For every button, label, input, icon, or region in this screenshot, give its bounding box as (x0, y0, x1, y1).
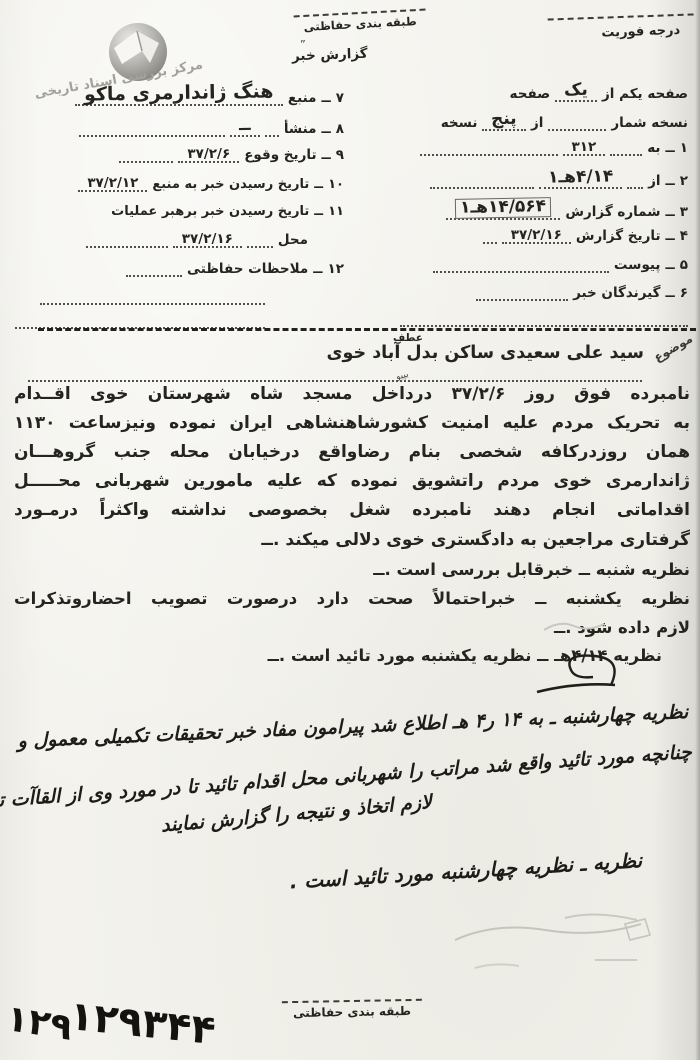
field-label: تاریخ گزارش (576, 228, 661, 244)
scan-edge-shadow (695, 0, 700, 1060)
field-label: تاریخ رسیدن خبر برهبر عملیات (111, 204, 309, 219)
field-number: ۱۲ (328, 261, 344, 277)
dotted-line (119, 148, 173, 163)
dotted-line (476, 286, 568, 301)
handwritten-note: نظریه ـ نظریه چهارشنبه مورد تائید است . (289, 848, 643, 894)
field-label: نسخه شمار (611, 115, 688, 131)
dotted-line (28, 367, 642, 382)
subject-value: سید علی سعیدی ساکن بدل آباد خوی (326, 343, 644, 363)
page-count-line: صفحه یکم از یک صفحه (510, 82, 688, 102)
field-label: صفحه (510, 86, 551, 102)
separator-dash: ــ (666, 257, 675, 273)
field-occurrence-date-value: ۳۷/۲/۶ (178, 147, 239, 163)
handwritten-note: لازم اتخاذ و نتیجه را گزارش نمایند (160, 791, 433, 837)
field-source: ۷ ــ منبع هنگ ژاندارمری ماکو (75, 84, 344, 106)
field-label: ملاحظات حفاظتی (187, 261, 308, 277)
field-occurrence-date: ۹ ــ تاریخ وقوع ۳۷/۲/۶ (119, 147, 344, 163)
field-report-number-value: ۱۴/۵۶۴هـ۱ (446, 198, 560, 220)
field-received-by-source: ۱۰ ــ تاریخ رسیدن خبر به منبع ۳۷/۲/۱۲ (78, 176, 344, 192)
body-line: گرفتاری مراجعین به دادگستری خوی دلالی می… (14, 530, 690, 550)
handwritten-value: پنج (491, 111, 517, 129)
dotted-line (79, 122, 225, 137)
dotted-line (430, 174, 534, 189)
dotted-line (433, 258, 609, 273)
separator-dash: ــ (313, 261, 322, 277)
field-number: ۵ (680, 257, 688, 273)
dotted-line (247, 233, 273, 248)
dotted-line (15, 314, 265, 329)
classification-top: طبقه بندی حفاظتی (294, 9, 427, 35)
dotted-line (265, 122, 279, 137)
dotted-line (610, 141, 642, 156)
signature-flourish (533, 652, 621, 700)
field-origin-value: ــ (230, 117, 260, 137)
dotted-line (86, 233, 168, 248)
field-received-by-ops-leader: ۱۱ ــ تاریخ رسیدن خبر برهبر عملیات (111, 204, 344, 219)
field-label: نسخه (441, 115, 478, 131)
field-label: از (648, 173, 660, 189)
pencil-scribble (540, 612, 610, 638)
separator-dash: ــ (666, 285, 675, 301)
field-number: ۷ (336, 90, 344, 106)
field-number: ۹ (336, 147, 344, 163)
field-label: از (531, 115, 543, 131)
field-security-remarks: ۱۲ ــ ملاحظات حفاظتی (126, 261, 344, 277)
field-number: ۲ (680, 173, 688, 189)
pencil-marks (445, 898, 675, 993)
opinion-sunday: نظریه یکشنبه ــ خبراحتمالاً صحت دارد درص… (14, 589, 690, 608)
dotted-line (483, 229, 497, 244)
body-line: نامبرده فوق روز ۳۷/۲/۶ درداخل مسجد شاه ش… (14, 384, 690, 404)
dotted-line (400, 312, 688, 327)
classification-bottom: طبقه بندی حفاظتی (282, 999, 422, 1020)
field-label: شماره گزارش (565, 204, 660, 220)
field-number: ۱۱ (328, 204, 344, 219)
subject-note-above: عطف (393, 332, 423, 344)
handwritten-value: یک (564, 82, 588, 100)
field-number: ۳ (680, 204, 688, 220)
subject-label: موضوع (651, 331, 695, 364)
field-label: تاریخ رسیدن خبر به منبع (152, 177, 309, 192)
field-label: به (647, 140, 660, 156)
copy-number-line: نسخه شمار از پنج نسخه (441, 111, 688, 131)
urgency-label: درجه فوریت (548, 15, 695, 42)
section-divider (38, 328, 696, 331)
scanned-report-page: طبقه بندی حفاظتی گزارش خبر ” درجه فوریت … (0, 0, 700, 1060)
dotted-line (420, 141, 558, 156)
field-from: ۲ ــ از ۴/۱۴هـ۱ (430, 169, 688, 189)
urgency: درجه فوریت (548, 13, 695, 42)
body-line: همان روزدرکافه شخصی بنام رضاواقع درخیابا… (14, 442, 690, 462)
dotted-line (548, 116, 606, 131)
dotted-line (126, 262, 182, 277)
field-location-value: ۳۷/۲/۱۶ (173, 232, 242, 248)
field-origin: ۸ ــ منشأ ــ (79, 117, 344, 137)
handwritten-note: نظریه چهارشنبه ـ به ۱۴ ر۴ هـ اطلاع شد پی… (17, 701, 689, 752)
copy-number-value-wrap: پنج (482, 111, 526, 131)
dotted-line (627, 174, 643, 189)
field-number: ۱۰ (328, 177, 344, 192)
field-report-date: ۴ ــ تاریخ گزارش ۳۷/۲/۱۶ (483, 228, 688, 244)
field-received-by-source-value: ۳۷/۲/۱۲ (78, 176, 147, 192)
classification-bottom-label: طبقه بندی حفاظتی (282, 1001, 422, 1020)
field-label: صفحه یکم از (602, 86, 688, 102)
field-to-value: ۳۱۲ (563, 140, 606, 156)
field-number: ۴ (680, 228, 688, 244)
body-line: اقداماتی انجام دهند نامبرده شغل بخصوصی ن… (14, 500, 690, 520)
field-label: پیوست (614, 257, 661, 273)
field-label: تاریخ وقوع (244, 147, 316, 163)
field-label: محل (278, 232, 308, 248)
dotted-line (40, 290, 265, 305)
archive-number-small: ۱۲۹ (4, 998, 76, 1049)
handwritten-value: هنگ ژاندارمری ماکو (84, 82, 274, 105)
separator-dash: ــ (322, 147, 331, 163)
body-line: به تحریک مردم علیه امنیت کشورشاهنشاهی ای… (14, 413, 690, 433)
field-number: ۸ (336, 121, 344, 137)
field-from-value: ۴/۱۴هـ۱ (539, 169, 622, 189)
field-to: ۱ ــ به ۳۱۲ (420, 140, 688, 156)
field-label: منبع (288, 90, 317, 106)
field-source-value: هنگ ژاندارمری ماکو (75, 84, 282, 106)
separator-dash: ــ (322, 121, 331, 137)
field-number: ۱ (680, 140, 688, 156)
field-attachment: ۵ ــ پیوست (433, 257, 688, 273)
separator-dash: ــ (666, 140, 675, 156)
field-number: ۶ (680, 285, 688, 301)
separator-dash: ــ (314, 204, 323, 219)
page-count-value-wrap: یک (555, 82, 597, 102)
field-label: گیرندگان خبر (573, 285, 660, 301)
field-label: منشأ (284, 121, 317, 137)
title-quote-mark: ” (300, 38, 306, 51)
separator-dash: ــ (322, 90, 331, 106)
separator-dash: ــ (314, 177, 323, 192)
separator-dash: ــ (666, 204, 675, 220)
separator-dash: ــ (666, 228, 675, 244)
field-recipients: ۶ ــ گیرندگان خبر (476, 285, 688, 301)
field-report-date-value: ۳۷/۲/۱۶ (502, 228, 571, 244)
opinion-saturday: نظریه شنبه ــ خبرقابل بررسی است .ــ (373, 560, 690, 579)
archive-number-large: ۱۲۹۳۴۴ (67, 993, 217, 1054)
body-line: ژاندارمری خوی مردم راتشویق نموده که علیه… (14, 471, 690, 491)
field-location: محل ۳۷/۲/۱۶ (86, 232, 308, 248)
field-report-number: ۳ ــ شماره گزارش ۱۴/۵۶۴هـ۱ (446, 198, 688, 220)
separator-dash: ــ (666, 173, 675, 189)
